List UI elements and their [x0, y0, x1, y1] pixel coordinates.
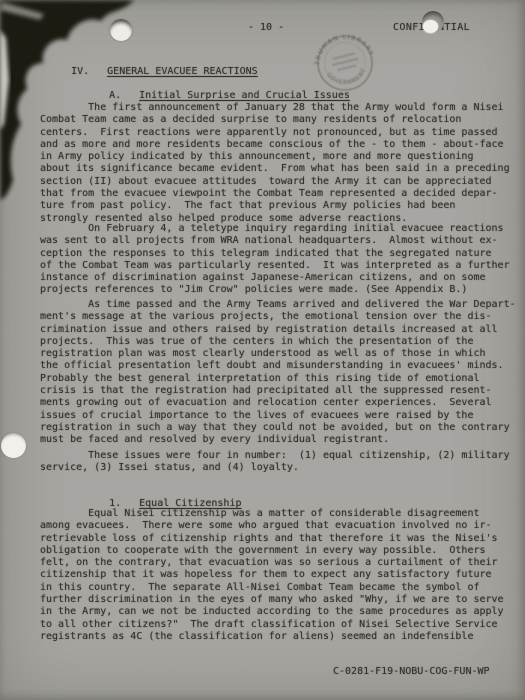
paragraph-1: The first announcement of January 28 tha… [40, 102, 510, 225]
stamp-illegible-lines [331, 53, 360, 71]
page-number: - 10 - [248, 22, 284, 34]
hole-punch-top-left [110, 19, 132, 41]
section-title: GENERAL EVACUEE REACTIONS [107, 66, 258, 78]
paragraph-3: As time passed and the Army Teams arrive… [40, 299, 516, 447]
section-number: A. [109, 90, 121, 102]
paragraph-4: These issues were four in number: (1) eq… [40, 450, 510, 475]
hole-punch-highlight [423, 20, 438, 33]
paragraph-2: On February 4, a teletype inquiry regard… [40, 223, 510, 297]
paragraph-5: Equal Nisei citizenship was a matter of … [40, 508, 504, 643]
scanned-document-page: - 10 - CONFIDENTIAL TRUMAN LIBRARY GOVER… [0, 0, 525, 700]
footer-file-code: C-0281-F19-NOBU-COG-FUN-WP [333, 666, 490, 678]
hole-punch-top-right [422, 11, 444, 33]
section-title: Initial Surprise and Crucial Issues [139, 90, 350, 102]
hole-punch-left [1, 433, 26, 458]
section-number: IV. [71, 66, 89, 78]
